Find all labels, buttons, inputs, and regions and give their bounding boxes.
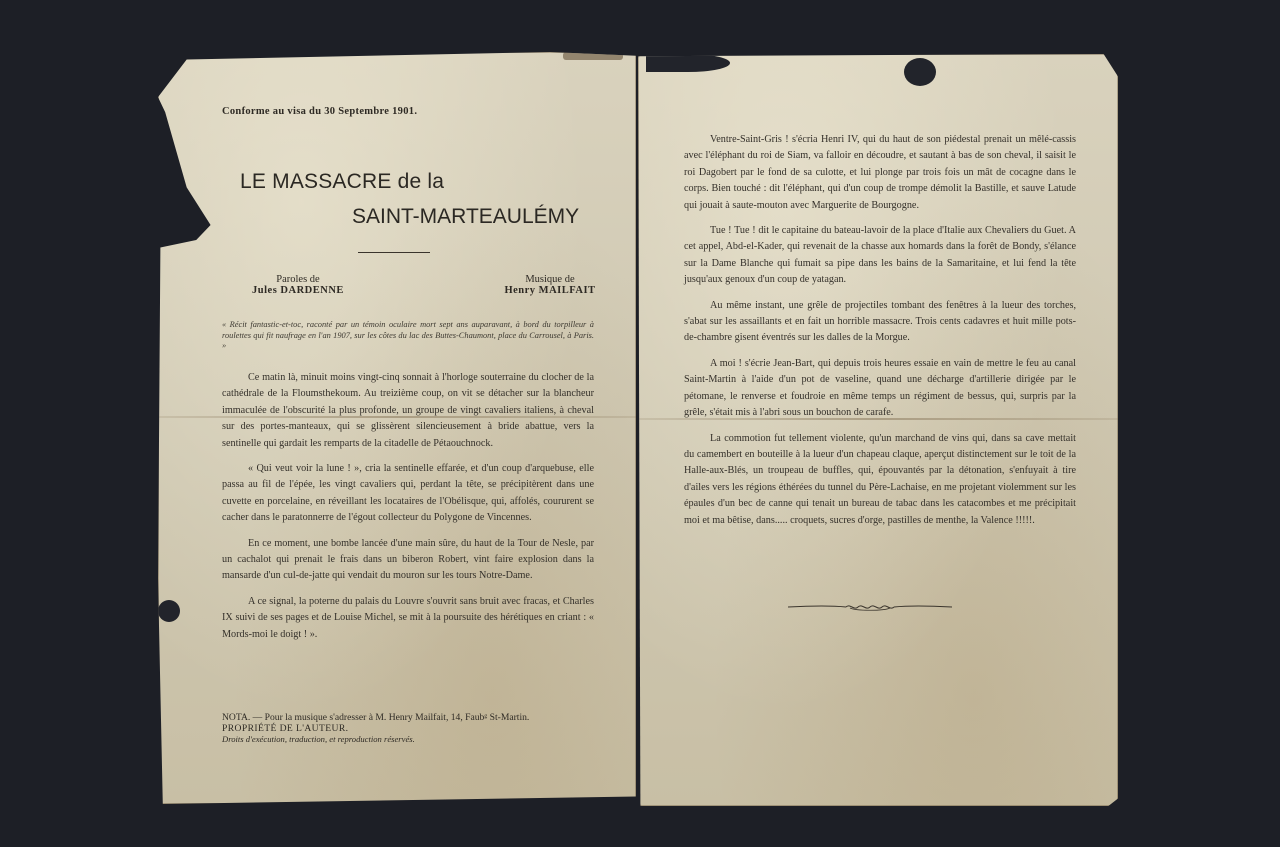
title-line-1: LE MASSACRE de la <box>240 170 444 194</box>
paragraph: Tue ! Tue ! dit le capitaine du bateau-l… <box>684 223 1076 289</box>
subtitle-italic: « Récit fantastic-et-toc, raconté par un… <box>222 320 594 352</box>
lyrics-credit-name: Jules DARDENNE <box>228 285 368 296</box>
paragraph: La commotion fut tellement violente, qu'… <box>684 431 1076 529</box>
lyrics-credit-role: Paroles de <box>228 274 368 285</box>
title-divider-rule <box>358 252 430 253</box>
paragraph: Ventre-Saint-Gris ! s'écria Henri IV, qu… <box>684 132 1076 214</box>
ornamental-flourish-divider <box>786 601 954 613</box>
rights-reserved: Droits d'exécution, traduction, et repro… <box>222 734 602 745</box>
title-line-2: SAINT-MARTEAULÉMY <box>352 205 579 229</box>
left-body-text: Ce matin là, minuit moins vingt-cinq son… <box>222 370 594 652</box>
property-notice: PROPRIÉTÉ DE L'AUTEUR. <box>222 723 602 734</box>
paragraph: « Qui veut voir la lune ! », cria la sen… <box>222 461 594 527</box>
paragraph: A ce signal, la poterne du palais du Lou… <box>222 594 594 643</box>
music-credit: Musique de Henry MAILFAIT <box>480 274 620 296</box>
torn-hole <box>904 58 936 86</box>
visa-notice: Conforme au visa du 30 Septembre 1901. <box>222 106 417 117</box>
music-credit-name: Henry MAILFAIT <box>480 285 620 296</box>
paragraph: Ce matin là, minuit moins vingt-cinq son… <box>222 370 594 452</box>
right-page: Ventre-Saint-Gris ! s'écria Henri IV, qu… <box>638 54 1118 806</box>
stain-mark <box>563 52 623 60</box>
nota-line: NOTA. — Pour la musique s'adresser à M. … <box>222 712 602 723</box>
paragraph: En ce moment, une bombe lancée d'une mai… <box>222 536 594 585</box>
paragraph: Au même instant, une grêle de projectile… <box>684 298 1076 347</box>
ink-stain <box>158 600 180 622</box>
left-page: Conforme au visa du 30 Septembre 1901. L… <box>158 52 636 804</box>
nota-block: NOTA. — Pour la musique s'adresser à M. … <box>222 712 602 745</box>
right-body-text: Ventre-Saint-Gris ! s'écria Henri IV, qu… <box>684 132 1076 538</box>
torn-hole <box>646 54 730 72</box>
music-credit-role: Musique de <box>480 274 620 285</box>
lyrics-credit: Paroles de Jules DARDENNE <box>228 274 368 296</box>
paragraph: A moi ! s'écrie Jean-Bart, qui depuis tr… <box>684 356 1076 422</box>
